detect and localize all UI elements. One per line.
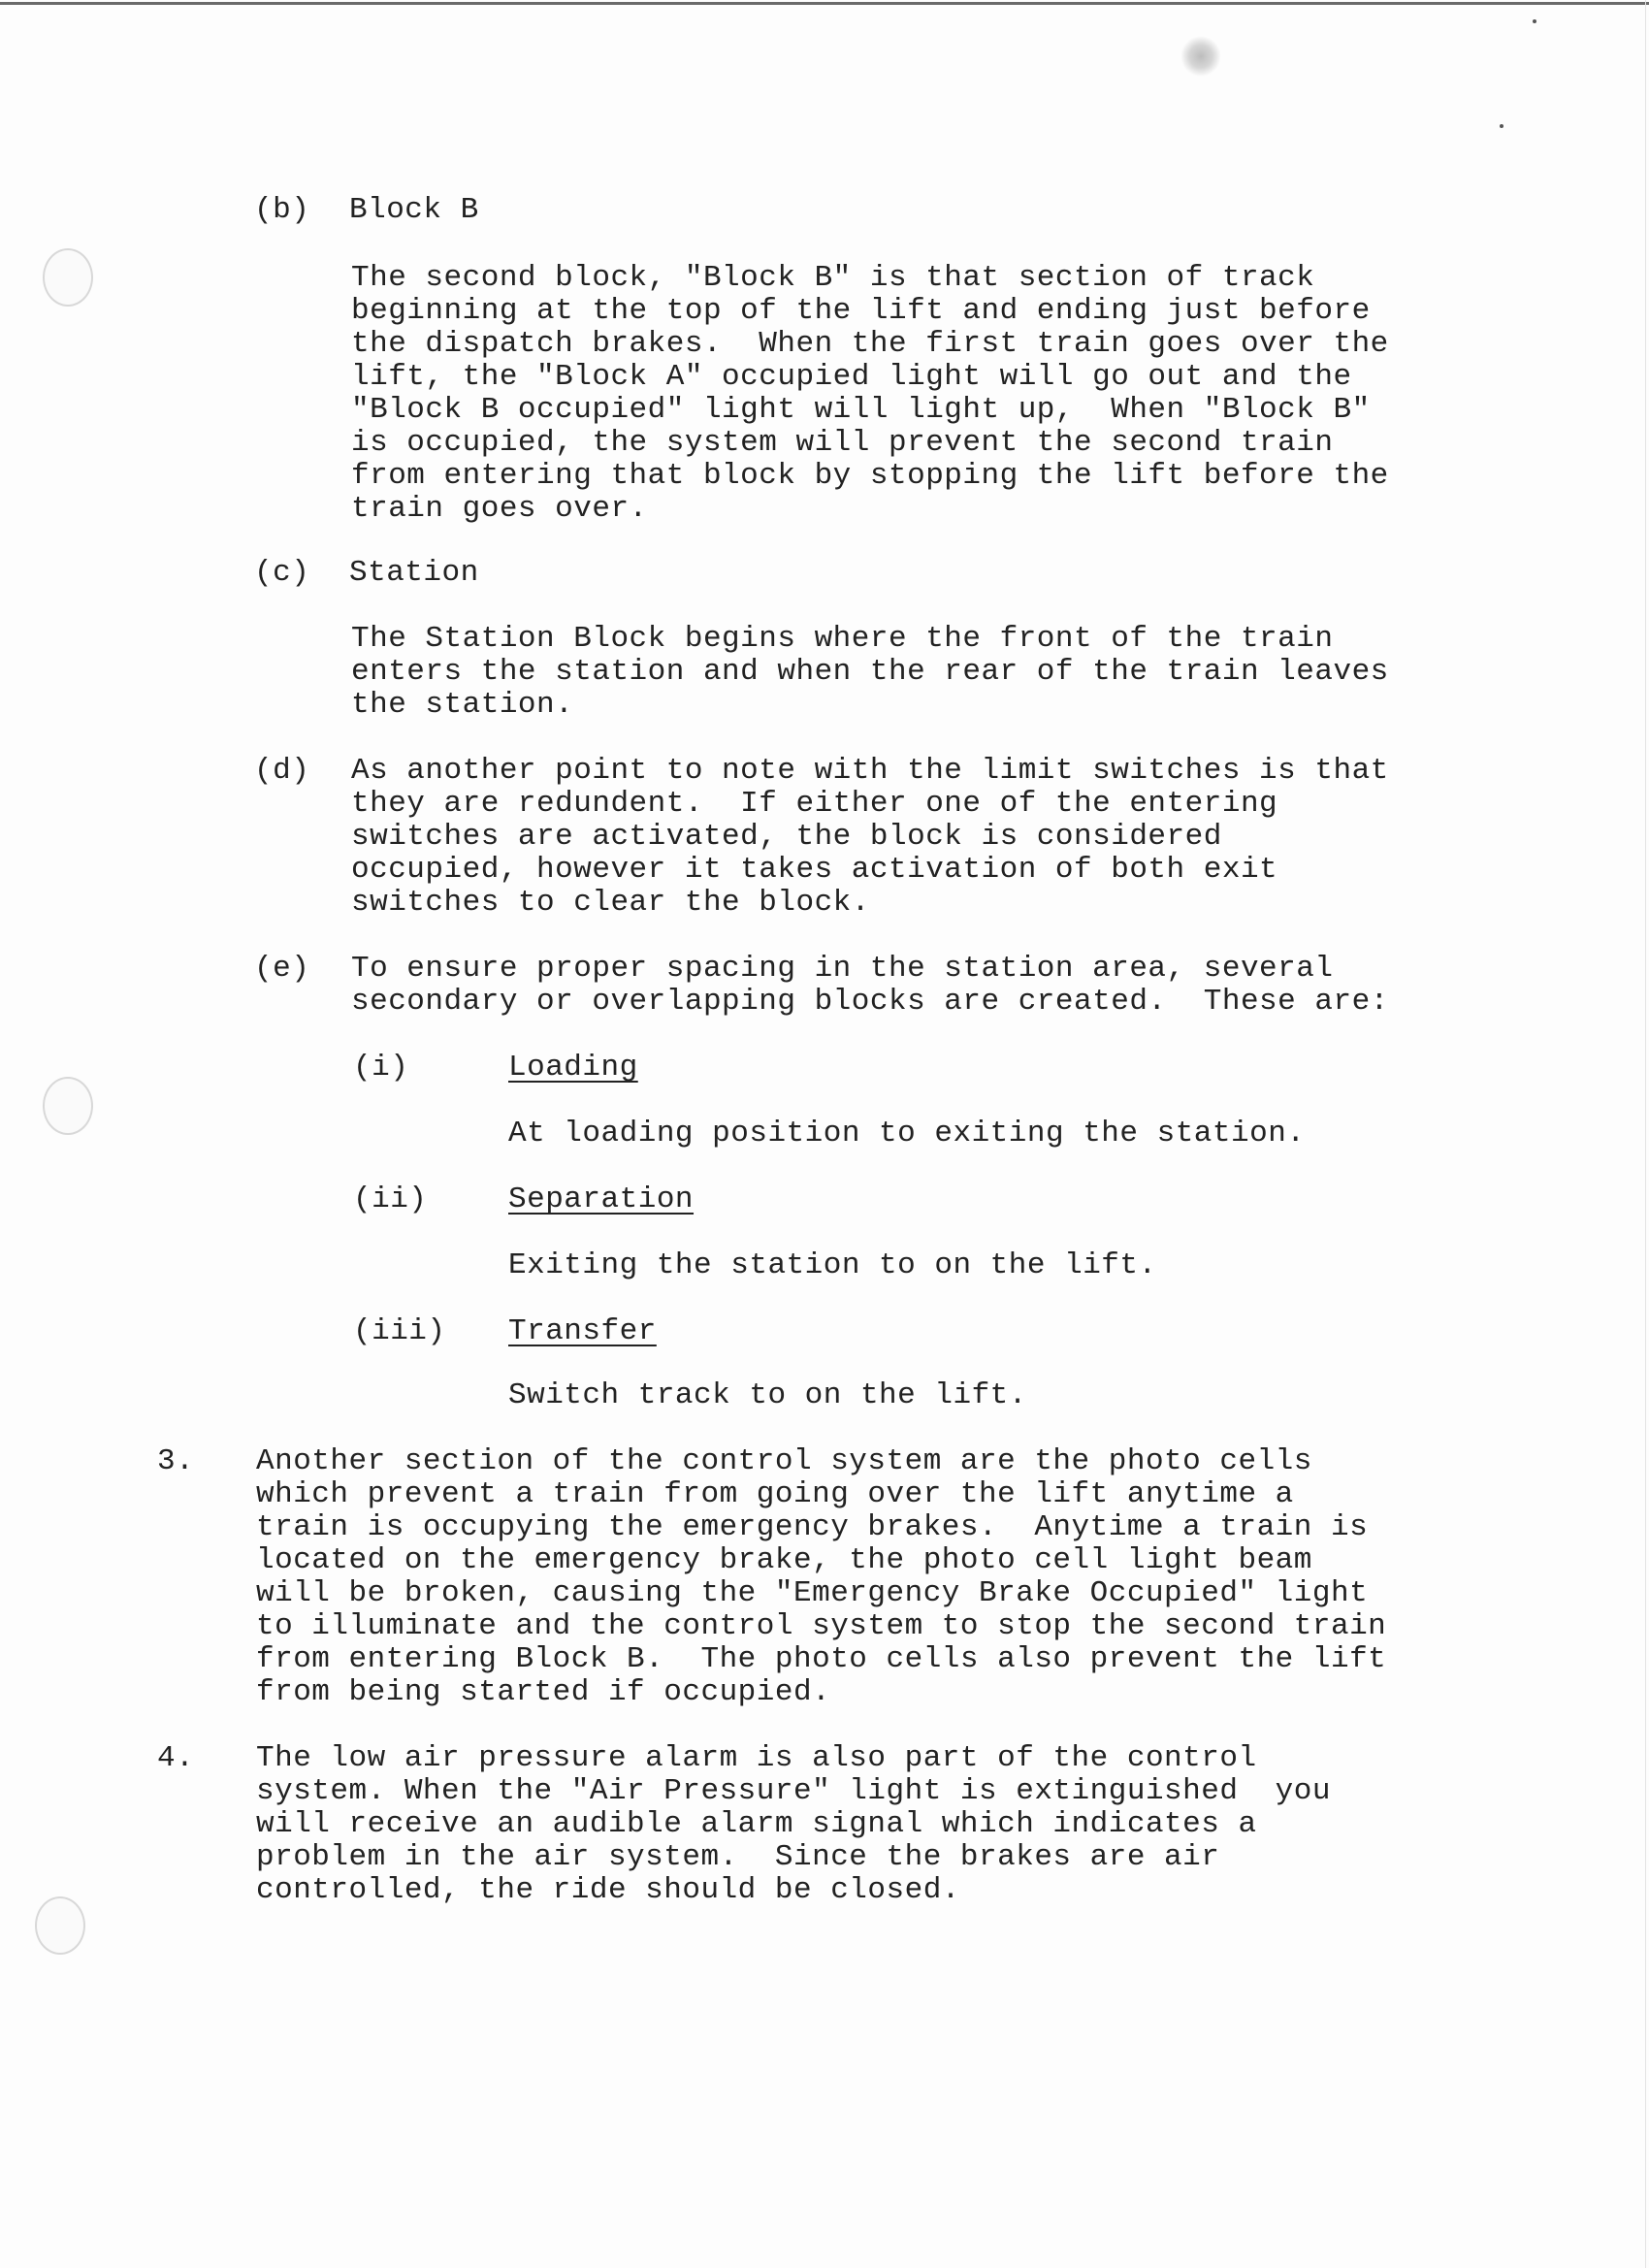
paragraph-line: lift, the "Block A" occupied light will …: [351, 361, 1352, 394]
subitem-text: Exiting the station to on the lift.: [508, 1249, 1157, 1282]
subitem-marker: (iii): [353, 1315, 446, 1348]
subitem-marker: (i): [353, 1052, 408, 1085]
paragraph-line: The second block, "Block B" is that sect…: [351, 262, 1314, 295]
paragraph-line: Another section of the control system ar…: [256, 1445, 1312, 1478]
paragraph-line: they are redundent. If either one of the…: [351, 788, 1277, 821]
paragraph-line: To ensure proper spacing in the station …: [351, 953, 1333, 986]
subitem-heading: Loading: [508, 1052, 638, 1085]
subitem-heading: Transfer: [508, 1315, 657, 1348]
punch-hole-bottom: [35, 1896, 85, 1955]
paragraph-line: is occupied, the system will prevent the…: [351, 427, 1333, 460]
paragraph-line: to illuminate and the control system to …: [256, 1610, 1386, 1643]
page-top-edge: [0, 2, 1649, 5]
paragraph-line: will be broken, causing the "Emergency B…: [256, 1577, 1368, 1610]
paragraph-line: train is occupying the emergency brakes.…: [256, 1511, 1368, 1544]
subitem-marker: (ii): [353, 1183, 427, 1216]
paragraph-line: switches are activated, the block is con…: [351, 821, 1222, 854]
paragraph-line: enters the station and when the rear of …: [351, 656, 1389, 689]
paragraph-line: the dispatch brakes. When the first trai…: [351, 328, 1389, 361]
section-marker: (e): [254, 953, 309, 986]
subitem-text: At loading position to exiting the stati…: [508, 1118, 1305, 1150]
paragraph-line: from entering that block by stopping the…: [351, 460, 1389, 493]
item-number: 4.: [157, 1742, 194, 1775]
item-number: 3.: [157, 1445, 194, 1478]
paragraph-line: occupied, however it takes activation of…: [351, 854, 1277, 887]
subitem-heading: Separation: [508, 1183, 694, 1216]
paragraph-line: beginning at the top of the lift and end…: [351, 295, 1371, 328]
paragraph-line: secondary or overlapping blocks are crea…: [351, 986, 1389, 1019]
paragraph-line: the station.: [351, 689, 573, 722]
paragraph-line: The low air pressure alarm is also part …: [256, 1742, 1257, 1775]
paragraph-line: located on the emergency brake, the phot…: [256, 1544, 1312, 1577]
scan-smudge: [1181, 35, 1220, 78]
paragraph-line: switches to clear the block.: [351, 887, 870, 920]
section-marker: (c): [254, 557, 309, 590]
paragraph-line: which prevent a train from going over th…: [256, 1478, 1294, 1511]
section-heading: Station: [349, 557, 479, 590]
section-marker: (d): [254, 755, 309, 788]
paragraph-line: will receive an audible alarm signal whi…: [256, 1808, 1257, 1841]
page-right-edge: [1645, 0, 1646, 2268]
paragraph-line: controlled, the ride should be closed.: [256, 1874, 960, 1907]
section-heading: Block B: [349, 194, 479, 227]
paragraph-line: problem in the air system. Since the bra…: [256, 1841, 1219, 1874]
scan-speck: [1500, 124, 1503, 128]
section-marker: (b): [254, 194, 309, 227]
punch-hole-top: [43, 248, 93, 307]
paragraph-line: system. When the "Air Pressure" light is…: [256, 1775, 1331, 1808]
paragraph-line: As another point to note with the limit …: [351, 755, 1389, 788]
scan-speck: [1533, 19, 1536, 23]
paragraph-line: "Block B occupied" light will light up, …: [351, 394, 1371, 427]
paragraph-line: train goes over.: [351, 493, 648, 526]
paragraph-line: from being started if occupied.: [256, 1676, 830, 1709]
punch-hole-middle: [43, 1077, 93, 1135]
subitem-text: Switch track to on the lift.: [508, 1379, 1027, 1412]
paragraph-line: from entering Block B. The photo cells a…: [256, 1643, 1386, 1676]
paragraph-line: The Station Block begins where the front…: [351, 623, 1333, 656]
